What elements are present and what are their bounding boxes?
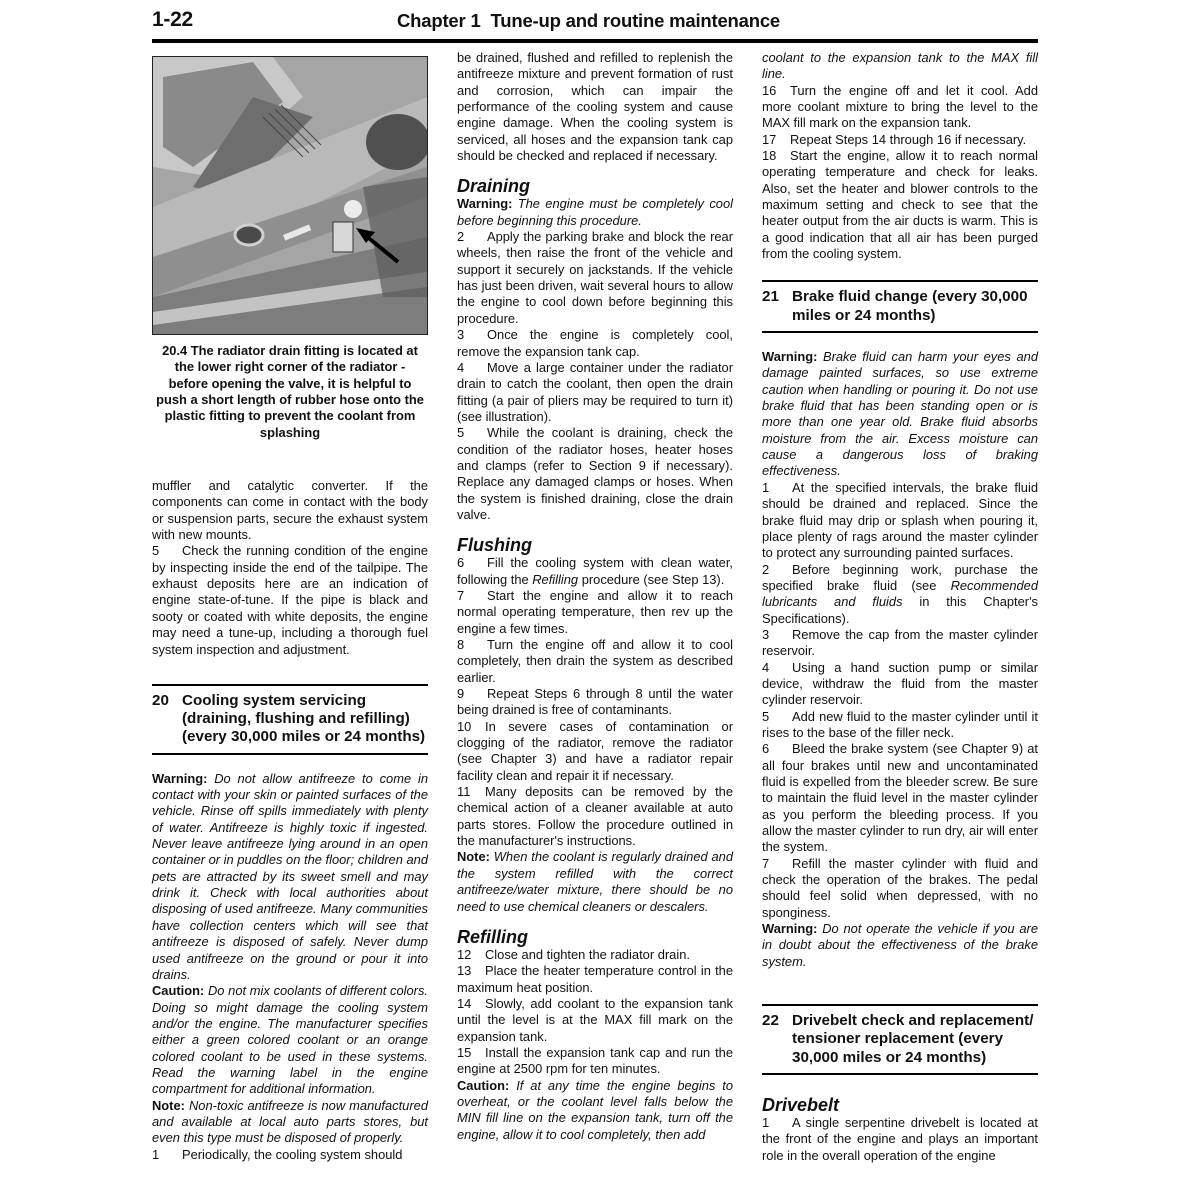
step-4: 4Move a large container under the radiat… (457, 360, 733, 425)
step-number: 2 (457, 229, 487, 245)
step-11: 11Many deposits can be removed by the ch… (457, 784, 733, 849)
warning-text: Do not allow antifreeze to come in conta… (152, 771, 428, 982)
warning-brake-effectiveness: Warning: Do not operate the vehicle if y… (762, 921, 1038, 970)
step-text: At the specified intervals, the brake fl… (762, 480, 1038, 560)
section-21-heading: 21 Brake fluid change (every 30,000 mile… (762, 280, 1038, 333)
step-text: Add new fluid to the master cylinder unt… (762, 709, 1038, 740)
step-1: 1Periodically, the cooling system should (152, 1147, 428, 1163)
section-number: 22 (762, 1012, 792, 1067)
figure-caption: 20.4 The radiator drain fitting is locat… (152, 343, 428, 441)
note-label: Note: (152, 1098, 185, 1113)
paragraph-continued: muffler and catalytic converter. If the … (152, 478, 428, 543)
step-number: 3 (762, 627, 792, 643)
column-2: be drained, flushed and refilled to repl… (457, 50, 733, 1143)
caution-text: coolant to the expansion tank to the MAX… (762, 50, 1038, 81)
step-9: 9Repeat Steps 6 through 8 until the wate… (457, 686, 733, 719)
step-4: 4Using a hand suction pump or similar de… (762, 660, 1038, 709)
step-text: Close and tighten the radiator drain. (485, 947, 690, 962)
subheading-drivebelt: Drivebelt (762, 1095, 1038, 1115)
step-number: 4 (457, 360, 487, 376)
warning-text: Brake fluid can harm your eyes and damag… (762, 349, 1038, 478)
note-non-toxic: Note: Non-toxic antifreeze is now manufa… (152, 1098, 428, 1147)
step-text: Check the running condition of the engin… (152, 543, 428, 656)
section-number: 20 (152, 692, 182, 747)
step-number: 17 (762, 132, 790, 148)
step-2: 2Before beginning work, purchase the spe… (762, 562, 1038, 627)
warning-label: Warning: (152, 771, 207, 786)
step-8: 8Turn the engine off and allow it to coo… (457, 637, 733, 686)
step-text: Periodically, the cooling system should (182, 1147, 402, 1162)
step-text: Start the engine and allow it to reach n… (457, 588, 733, 636)
step-text: procedure (see Step 13). (578, 572, 724, 587)
step-text: Bleed the brake system (see Chapter 9) a… (762, 741, 1038, 854)
step-14: 14Slowly, add coolant to the expansion t… (457, 996, 733, 1045)
section-22-heading: 22 Drivebelt check and replacement/ tens… (762, 1004, 1038, 1075)
step-12: 12Close and tighten the radiator drain. (457, 947, 733, 963)
step-number: 13 (457, 963, 485, 979)
step-10: 10In severe cases of contamination or cl… (457, 719, 733, 784)
step-number: 5 (457, 425, 487, 441)
step-text: Turn the engine off and let it cool. Add… (762, 83, 1038, 131)
section-20-heading: 20 Cooling system servicing (draining, f… (152, 684, 428, 755)
note-chemical-cleaners: Note: When the coolant is regularly drai… (457, 849, 733, 914)
step-number: 7 (762, 856, 792, 872)
step-number: 5 (152, 543, 182, 559)
subheading-draining: Draining (457, 176, 733, 196)
step-number: 18 (762, 148, 790, 164)
step-text: Slowly, add coolant to the expansion tan… (457, 996, 733, 1044)
column-1: 20.4 The radiator drain fitting is locat… (152, 50, 428, 1163)
section-title: Brake fluid change (every 30,000 miles o… (792, 288, 1038, 325)
warning-engine-cool: Warning: The engine must be completely c… (457, 196, 733, 229)
page-number: 1-22 (152, 8, 193, 32)
caution-overheat: Caution: If at any time the engine begin… (457, 1078, 733, 1143)
chapter-heading: Chapter 1Tune-up and routine maintenance (397, 10, 780, 32)
step-text: Using a hand suction pump or similar dev… (762, 660, 1038, 708)
page-header: 1-22 Chapter 1Tune-up and routine mainte… (152, 6, 1038, 40)
step-text: Install the expansion tank cap and run t… (457, 1045, 733, 1076)
step-text: Many deposits can be removed by the chem… (457, 784, 733, 848)
step-text: Turn the engine off and allow it to cool… (457, 637, 733, 685)
note-text: Non-toxic antifreeze is now manufactured… (152, 1098, 428, 1146)
step-2: 2Apply the parking brake and block the r… (457, 229, 733, 327)
step-5: 5Add new fluid to the master cylinder un… (762, 709, 1038, 742)
caution-text: Do not mix coolants of different colors.… (152, 983, 428, 1096)
note-text: When the coolant is regularly drained an… (457, 849, 733, 913)
step-number: 16 (762, 83, 790, 99)
step-3: 3Remove the cap from the master cylinder… (762, 627, 1038, 660)
caution-coolants: Caution: Do not mix coolants of differen… (152, 983, 428, 1097)
step-text: Place the heater temperature control in … (457, 963, 733, 994)
step-text: In severe cases of contamination or clog… (457, 719, 733, 783)
warning-brake-fluid: Warning: Brake fluid can harm your eyes … (762, 349, 1038, 480)
header-rule (152, 39, 1038, 43)
section-title: Drivebelt check and replacement/ tension… (792, 1012, 1038, 1067)
caution-continued: coolant to the expansion tank to the MAX… (762, 50, 1038, 83)
step-6: 6Fill the cooling system with clean wate… (457, 555, 733, 588)
step-number: 1 (762, 480, 792, 496)
step-number: 5 (762, 709, 792, 725)
step-1: 1A single serpentine drivebelt is locate… (762, 1115, 1038, 1164)
step-number: 1 (152, 1147, 182, 1163)
step-text: Remove the cap from the master cylinder … (762, 627, 1038, 658)
step-7: 7Start the engine and allow it to reach … (457, 588, 733, 637)
step-text: Repeat Steps 6 through 8 until the water… (457, 686, 733, 717)
step-6: 6Bleed the brake system (see Chapter 9) … (762, 741, 1038, 855)
step-16: 16Turn the engine off and let it cool. A… (762, 83, 1038, 132)
step-text: Start the engine, allow it to reach norm… (762, 148, 1038, 261)
paragraph-continued: be drained, flushed and refilled to repl… (457, 50, 733, 164)
step-1: 1At the specified intervals, the brake f… (762, 480, 1038, 562)
step-text: A single serpentine drivebelt is located… (762, 1115, 1038, 1163)
step-text: Refill the master cylinder with fluid an… (762, 856, 1038, 920)
step-text: Once the engine is completely cool, remo… (457, 327, 733, 358)
chapter-label: Chapter 1 (397, 10, 481, 31)
step-text: Move a large container under the radiato… (457, 360, 733, 424)
step-text-italic-reference: Refilling (532, 572, 578, 587)
step-13: 13Place the heater temperature control i… (457, 963, 733, 996)
warning-antifreeze: Warning: Do not allow antifreeze to come… (152, 771, 428, 983)
chapter-title: Tune-up and routine maintenance (491, 10, 780, 31)
step-number: 9 (457, 686, 487, 702)
step-number: 1 (762, 1115, 792, 1131)
step-3: 3Once the engine is completely cool, rem… (457, 327, 733, 360)
step-number: 15 (457, 1045, 485, 1061)
step-number: 8 (457, 637, 487, 653)
warning-label: Warning: (762, 349, 817, 364)
step-18: 18Start the engine, allow it to reach no… (762, 148, 1038, 262)
step-7: 7Refill the master cylinder with fluid a… (762, 856, 1038, 921)
step-number: 4 (762, 660, 792, 676)
step-5: 5While the coolant is draining, check th… (457, 425, 733, 523)
step-number: 6 (762, 741, 792, 757)
step-number: 7 (457, 588, 487, 604)
step-text: Repeat Steps 14 through 16 if necessary. (790, 132, 1026, 147)
step-15: 15Install the expansion tank cap and run… (457, 1045, 733, 1078)
radiator-photo-illustration (153, 57, 427, 334)
step-number: 2 (762, 562, 792, 578)
caution-label: Caution: (152, 983, 204, 998)
step-number: 11 (457, 784, 485, 800)
subheading-flushing: Flushing (457, 535, 733, 555)
section-title: Cooling system servicing (draining, flus… (182, 692, 428, 747)
column-3: coolant to the expansion tank to the MAX… (762, 50, 1038, 1164)
caution-label: Caution: (457, 1078, 509, 1093)
note-label: Note: (457, 849, 490, 864)
step-number: 14 (457, 996, 485, 1012)
step-number: 10 (457, 719, 485, 735)
warning-label: Warning: (762, 921, 817, 936)
step-5: 5Check the running condition of the engi… (152, 543, 428, 657)
figure-radiator-drain-photo (152, 56, 428, 335)
step-text: Apply the parking brake and block the re… (457, 229, 733, 326)
step-number: 12 (457, 947, 485, 963)
step-17: 17Repeat Steps 14 through 16 if necessar… (762, 132, 1038, 148)
step-number: 3 (457, 327, 487, 343)
section-number: 21 (762, 288, 792, 325)
subheading-refilling: Refilling (457, 927, 733, 947)
step-number: 6 (457, 555, 487, 571)
step-text: While the coolant is draining, check the… (457, 425, 733, 522)
warning-label: Warning: (457, 196, 512, 211)
